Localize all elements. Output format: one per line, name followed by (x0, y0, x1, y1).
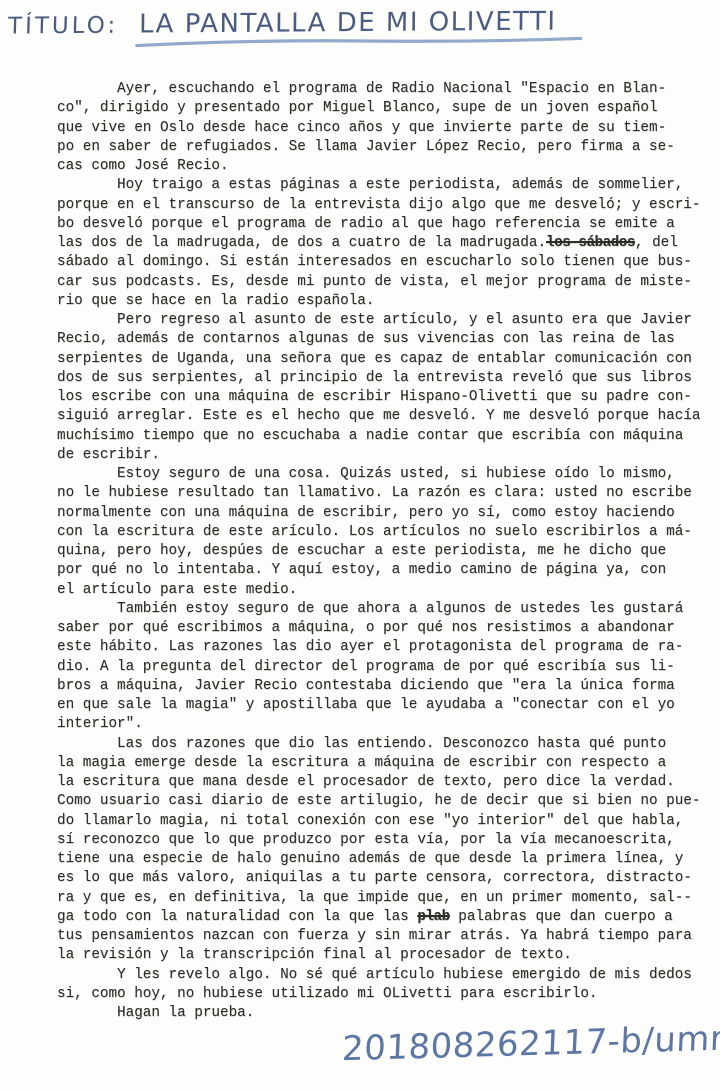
typed-line: de escribir. (57, 446, 717, 465)
typed-line: Y les revelo algo. No sé qué artículo hu… (57, 966, 717, 985)
typed-line: serpientes de Uganda, una señora que es … (57, 350, 717, 369)
typed-line: por qué no lo intentaba. Y aquí estoy, a… (57, 561, 717, 580)
typed-line: sí reconozco que lo que produzco por est… (57, 831, 717, 850)
typed-segment: normalmente con una máquina de escribir,… (57, 505, 675, 521)
typed-line: quina, pero hoy, despúes de escuchar a e… (57, 542, 717, 561)
typed-segment: saber por qué escribimos a máquina, o po… (57, 620, 675, 636)
typed-line: Como usuario casi diario de este artilug… (57, 792, 717, 811)
typed-line: interior". (57, 715, 717, 734)
typed-line: Recio, además de contarnos algunas de su… (57, 330, 717, 349)
typed-segment: muchísimo tiempo que no escuchaba a nadi… (57, 428, 683, 444)
typed-segment: quina, pero hoy, despúes de escuchar a e… (57, 543, 666, 559)
typed-segment: la revisión y la transcripción final al … (57, 947, 572, 963)
typed-line: tiene una especie de halo genuino además… (57, 850, 717, 869)
typed-segment: el artículo para este medio. (57, 582, 297, 598)
typed-segment: dos de sus serpientes, al principio de l… (57, 370, 692, 386)
typed-line: Hoy traigo a estas páginas a este period… (57, 176, 717, 195)
typed-segment: con la escritura de este arículo. Los ar… (57, 524, 692, 540)
typed-segment: co", dirigido y presentado por Miguel Bl… (57, 100, 658, 116)
typed-line: los escribe con una máquina de escribir … (57, 388, 717, 407)
typed-line: muchísimo tiempo que no escuchaba a nadi… (57, 427, 717, 446)
typed-line: dos de sus serpientes, al principio de l… (57, 369, 717, 388)
typed-segment: palabras que dan cuerpo a (450, 909, 673, 925)
typed-line: siguió arreglar. Este es el hecho que me… (57, 407, 717, 426)
typed-line: Hagan la prueba. (57, 1004, 717, 1023)
typed-segment: dio. A la pregunta del director del prog… (57, 659, 675, 675)
typed-line: la revisión y la transcripción final al … (57, 946, 717, 965)
typed-segment: siguió arreglar. Este es el hecho que me… (57, 408, 700, 424)
typed-line: Ayer, escuchando el programa de Radio Na… (57, 80, 717, 99)
typed-segment: bros a máquina, Javier Recio contestaba … (57, 678, 675, 694)
hand-underline (134, 34, 582, 49)
typed-line: dio. A la pregunta del director del prog… (57, 658, 717, 677)
typed-segment: Como usuario casi diario de este artilug… (57, 793, 700, 809)
typed-segment: Y les revelo algo. No sé qué artículo hu… (57, 967, 692, 983)
typed-segment: la escritura que mana desde el procesado… (57, 774, 675, 790)
typed-segment: También estoy seguro de que ahora a algu… (57, 601, 683, 617)
scanned-typewritten-page: { "colors": { "paper": "#fdfdfb", "typed… (0, 0, 720, 1091)
typed-segment: este hábito. Las razones las dio ayer el… (57, 639, 683, 655)
handwritten-header: TÍTULO: LA PANTALLA DE MI OLIVETTI (8, 6, 712, 47)
typed-line: Las dos razones que dio las entiendo. De… (57, 735, 717, 754)
typed-line: en que sale la magia" y apostillaba que … (57, 696, 717, 715)
typed-line: normalmente con una máquina de escribir,… (57, 504, 717, 523)
typed-line: bo desveló porque el programa de radio a… (57, 215, 717, 234)
typed-line: la magia emerge desde la escritura a máq… (57, 754, 717, 773)
typed-line: Pero regreso al asunto de este artículo,… (57, 311, 717, 330)
typed-line: la escritura que mana desde el procesado… (57, 773, 717, 792)
typed-segment: Pero regreso al asunto de este artículo,… (57, 312, 692, 328)
typed-segment: que vive en Oslo desde hace cinco años y… (57, 120, 666, 136)
typed-line: este hábito. Las razones las dio ayer el… (57, 638, 717, 657)
typed-line: car sus podcasts. Es, desde mi punto de … (57, 273, 717, 292)
typed-line: cas como José Recio. (57, 157, 717, 176)
typed-line: do llamarlo magia, ni total conexión con… (57, 812, 717, 831)
typed-segment: car sus podcasts. Es, desde mi punto de … (57, 274, 692, 290)
typed-segment: si, como hoy, no hubiese utilizado mi OL… (57, 986, 598, 1002)
typed-segment: ga todo con la naturalidad con la que la… (57, 909, 417, 925)
typed-line: que vive en Oslo desde hace cinco años y… (57, 119, 717, 138)
typed-text: Ayer, escuchando el programa de Radio Na… (57, 80, 717, 1023)
struck-text: los sábados (546, 235, 635, 251)
typed-segment: cas como José Recio. (57, 158, 229, 174)
typed-segment: tus pensamientos nazcan con fuerza y sin… (57, 928, 692, 944)
typed-segment: tiene una especie de halo genuino además… (57, 851, 683, 867)
typed-segment: Hoy traigo a estas páginas a este period… (57, 177, 683, 193)
typed-segment: Las dos razones que dio las entiendo. De… (57, 736, 666, 752)
typed-segment: por qué no lo intentaba. Y aquí estoy, a… (57, 562, 666, 578)
typed-line: Estoy seguro de una cosa. Quizás usted, … (57, 465, 717, 484)
typed-line: rio que se hace en la radio española. (57, 292, 717, 311)
typed-line: co", dirigido y presentado por Miguel Bl… (57, 99, 717, 118)
typed-segment: la magia emerge desde la escritura a máq… (57, 755, 666, 771)
typed-line: ra y que es, en definitiva, la que impid… (57, 889, 717, 908)
typed-segment: ra y que es, en definitiva, la que impid… (57, 890, 692, 906)
typed-segment: bo desveló porque el programa de radio a… (57, 216, 675, 232)
typed-segment: rio que se hace en la radio española. (57, 293, 374, 309)
typed-segment: no le hubiese resultado tan llamativo. L… (57, 485, 692, 501)
typed-line: También estoy seguro de que ahora a algu… (57, 600, 717, 619)
typed-segment: los escribe con una máquina de escribir … (57, 389, 692, 405)
typed-line: po en saber de refugiados. Se llama Javi… (57, 138, 717, 157)
typed-segment: Estoy seguro de una cosa. Quizás usted, … (57, 466, 675, 482)
typed-segment: sábado al domingo. Si están interesados … (57, 254, 692, 270)
typed-line: tus pensamientos nazcan con fuerza y sin… (57, 927, 717, 946)
typed-segment: en que sale la magia" y apostillaba que … (57, 697, 675, 713)
handwritten-code: 201808262117-b/umm (341, 1019, 720, 1070)
typed-line: bros a máquina, Javier Recio contestaba … (57, 677, 717, 696)
typed-segment: porque en el transcurso de la entrevista… (57, 197, 700, 213)
typed-line: ga todo con la naturalidad con la que la… (57, 908, 717, 927)
typed-segment: , del (635, 235, 678, 251)
typed-segment: sí reconozco que lo que produzco por est… (57, 832, 675, 848)
typed-line: es lo que más valoro, aniquilas a tu par… (57, 869, 717, 888)
typed-segment: es lo que más valoro, aniquilas a tu par… (57, 870, 692, 886)
typed-segment: serpientes de Uganda, una señora que es … (57, 351, 692, 367)
typed-segment: Ayer, escuchando el programa de Radio Na… (57, 81, 666, 97)
typed-line: saber por qué escribimos a máquina, o po… (57, 619, 717, 638)
typed-segment: do llamarlo magia, ni total conexión con… (57, 813, 683, 829)
struck-text: plab (417, 909, 449, 925)
page-title: LA PANTALLA DE MI OLIVETTI (138, 7, 556, 46)
title-label: TÍTULO: (8, 13, 119, 40)
typed-segment: po en saber de refugiados. Se llama Javi… (57, 139, 675, 155)
typed-line: el artículo para este medio. (57, 581, 717, 600)
typed-segment: Hagan la prueba. (57, 1005, 254, 1021)
typed-segment: Recio, además de contarnos algunas de su… (57, 331, 675, 347)
typed-line: con la escritura de este arículo. Los ar… (57, 523, 717, 542)
typed-line: no le hubiese resultado tan llamativo. L… (57, 484, 717, 503)
typed-line: las dos de la madrugada, de dos a cuatro… (57, 234, 717, 253)
typed-line: sábado al domingo. Si están interesados … (57, 253, 717, 272)
typed-segment: de escribir. (57, 447, 160, 463)
typed-segment: las dos de la madrugada, de dos a cuatro… (57, 235, 546, 251)
typed-segment: interior". (57, 716, 143, 732)
typed-line: porque en el transcurso de la entrevista… (57, 196, 717, 215)
typed-line: si, como hoy, no hubiese utilizado mi OL… (57, 985, 717, 1004)
